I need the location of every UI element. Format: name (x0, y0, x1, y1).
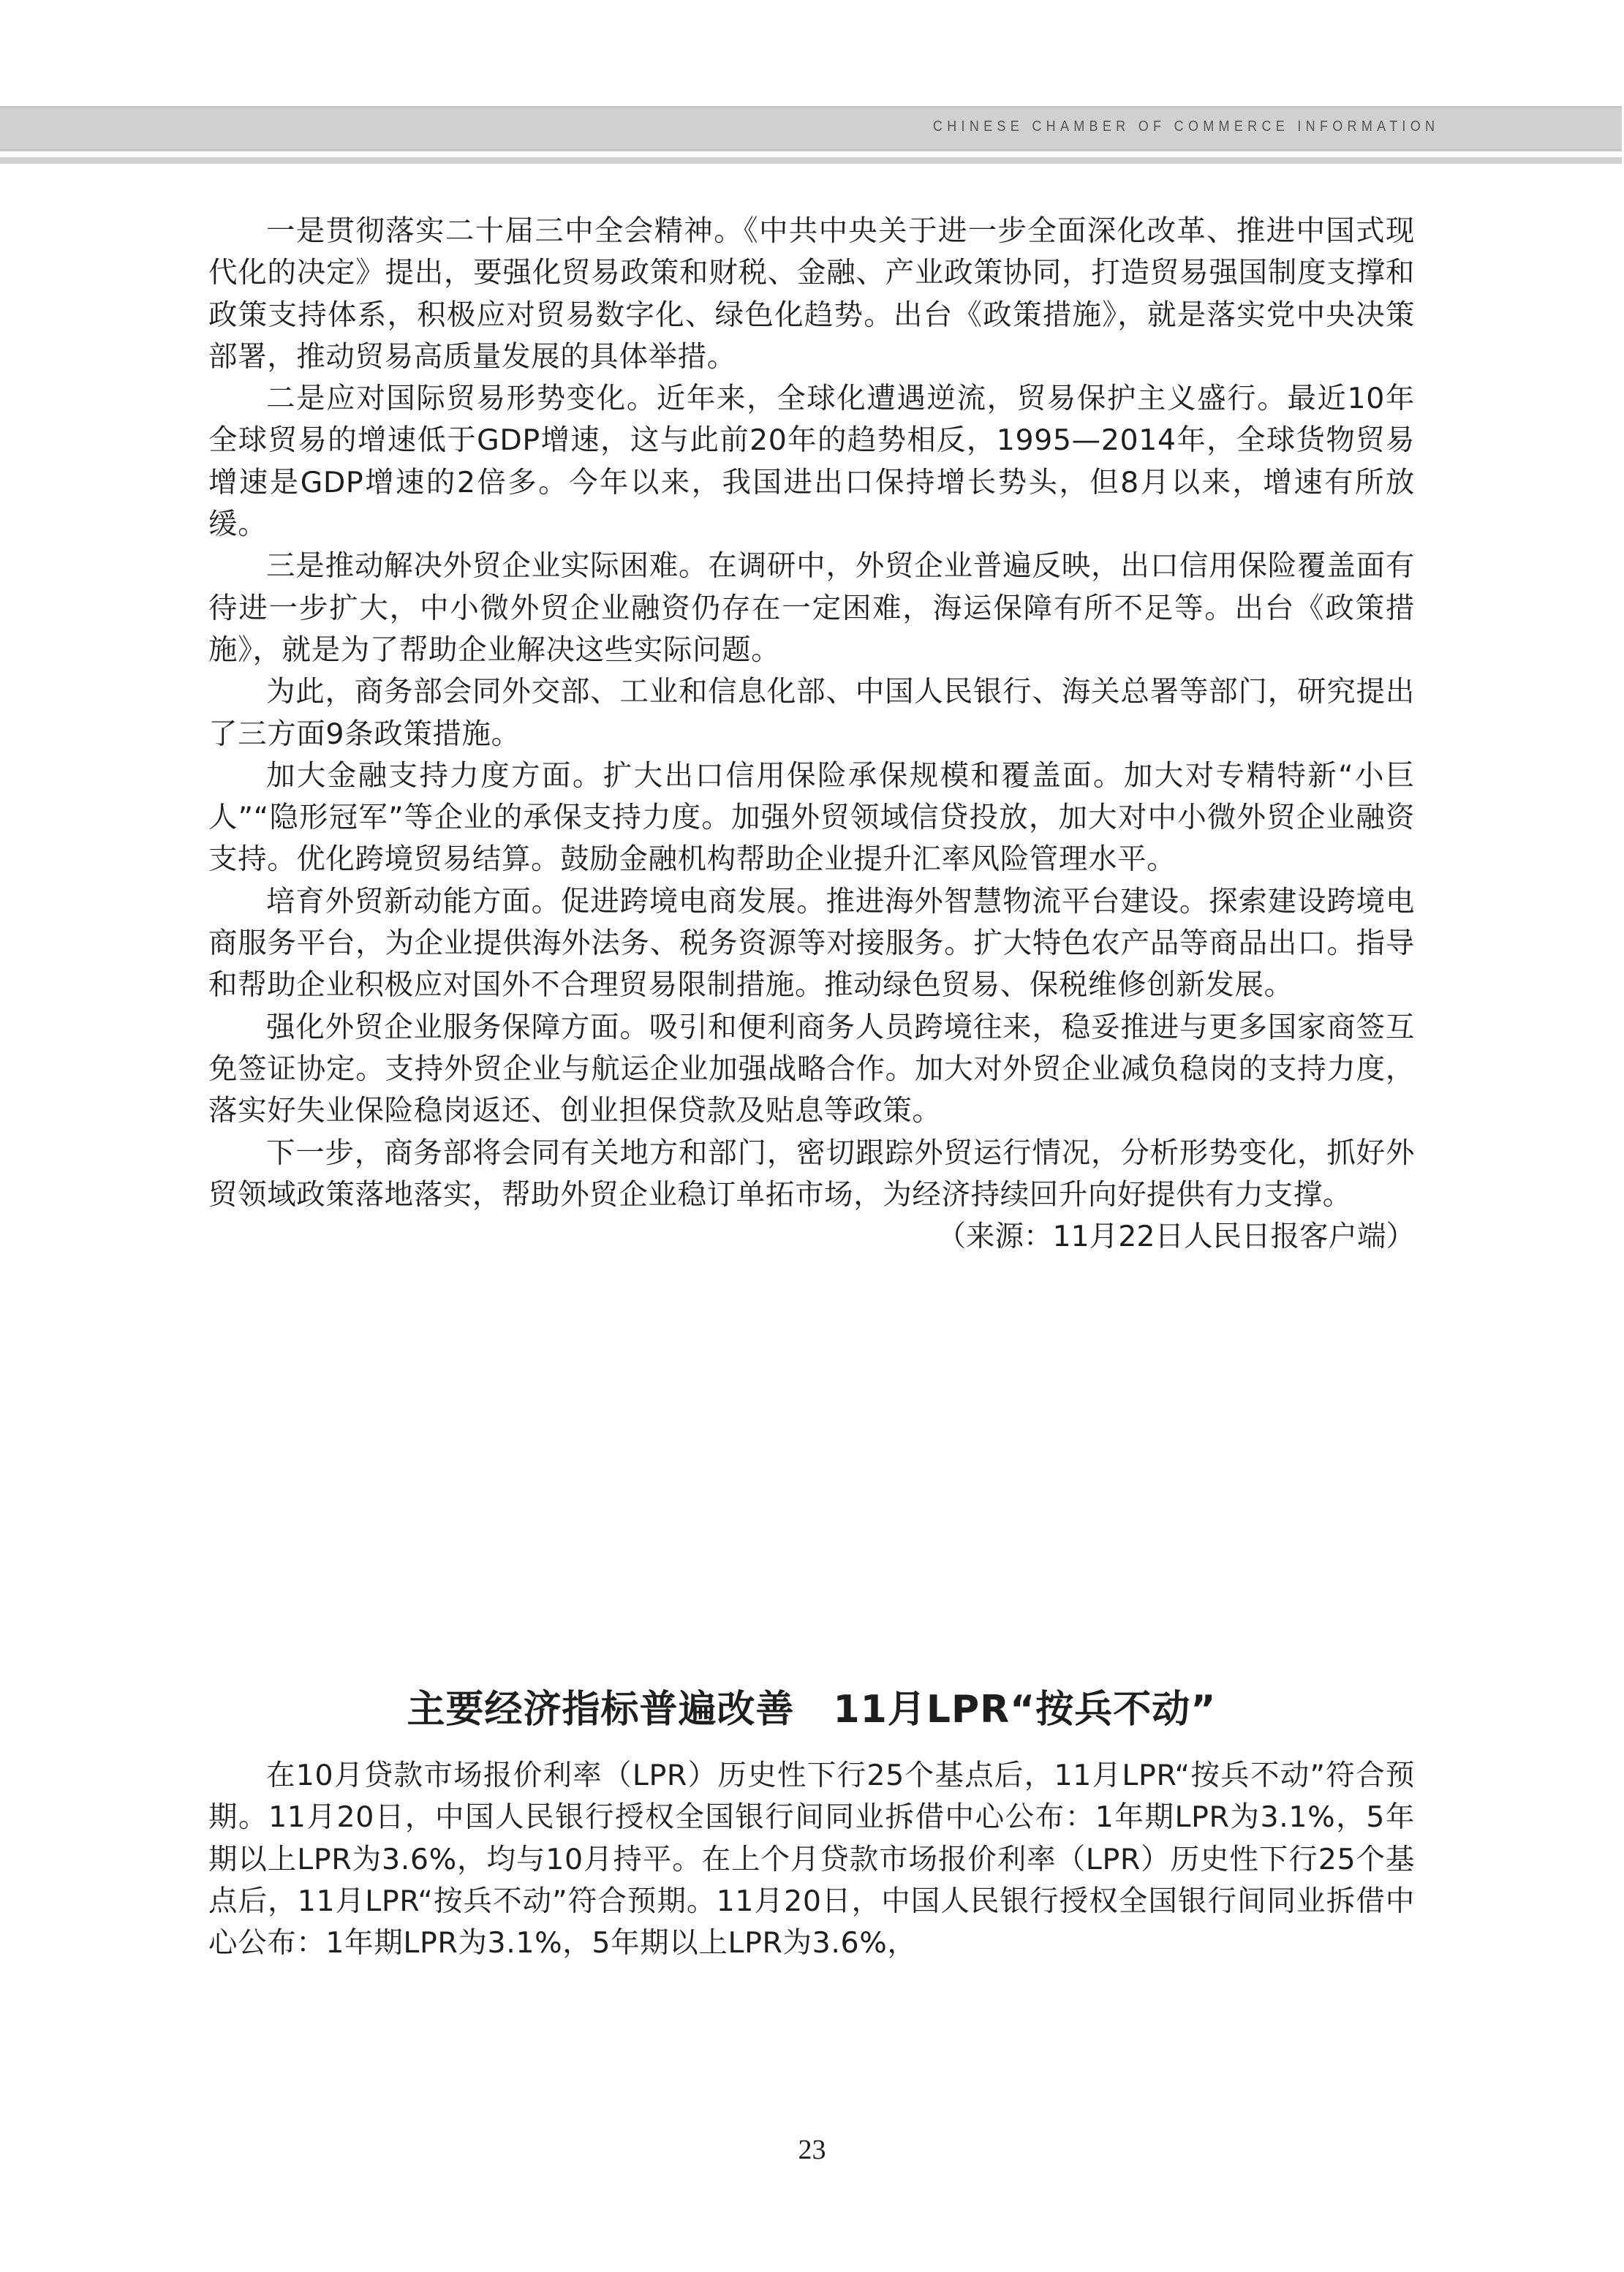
publication-name: CHINESE CHAMBER OF COMMERCE INFORMATION (933, 118, 1439, 135)
paragraph: 为此，商务部会同外交部、工业和信息化部、中国人民银行、海关总署等部门，研究提出了… (208, 671, 1415, 755)
article-title: 主要经济指标普遍改善 11月LPR“按兵不动” (208, 1678, 1415, 1733)
source-citation: （来源：11月22日人民日报客户端） (208, 1216, 1415, 1258)
paragraph: 二是应对国际贸易形势变化。近年来，全球化遭遇逆流，贸易保护主义盛行。最近10年全… (208, 378, 1415, 546)
paragraph: 下一步，商务部将会同有关地方和部门，密切跟踪外贸运行情况，分析形势变化，抓好外贸… (208, 1133, 1415, 1217)
paragraph: 在10月贷款市场报价利率（LPR）历史性下行25个基点后，11月LPR“按兵不动… (208, 1755, 1415, 1964)
paragraph: 加大金融支持力度方面。扩大出口信用保险承保规模和覆盖面。加大对专精特新“小巨人”… (208, 755, 1415, 881)
paragraph: 强化外贸企业服务保障方面。吸引和便利商务人员跨境往来，稳妥推进与更多国家商签互免… (208, 1007, 1415, 1133)
article-continued-body: 一是贯彻落实二十届三中全会精神。《中共中央关于进一步全面深化改革、推进中国式现代… (208, 211, 1415, 1258)
paragraph: 三是推动解决外贸企业实际困难。在调研中，外贸企业普遍反映，出口信用保险覆盖面有待… (208, 546, 1415, 671)
running-header-band: CHINESE CHAMBER OF COMMERCE INFORMATION (0, 106, 1622, 151)
paragraph: 一是贯彻落实二十届三中全会精神。《中共中央关于进一步全面深化改革、推进中国式现代… (208, 211, 1415, 378)
paragraph: 培育外贸新动能方面。促进跨境电商发展。推进海外智慧物流平台建设。探索建设跨境电商… (208, 881, 1415, 1007)
header-divider (0, 157, 1622, 164)
page-number: 23 (0, 2134, 1624, 2166)
article-body: 在10月贷款市场报价利率（LPR）历史性下行25个基点后，11月LPR“按兵不动… (208, 1755, 1415, 1964)
